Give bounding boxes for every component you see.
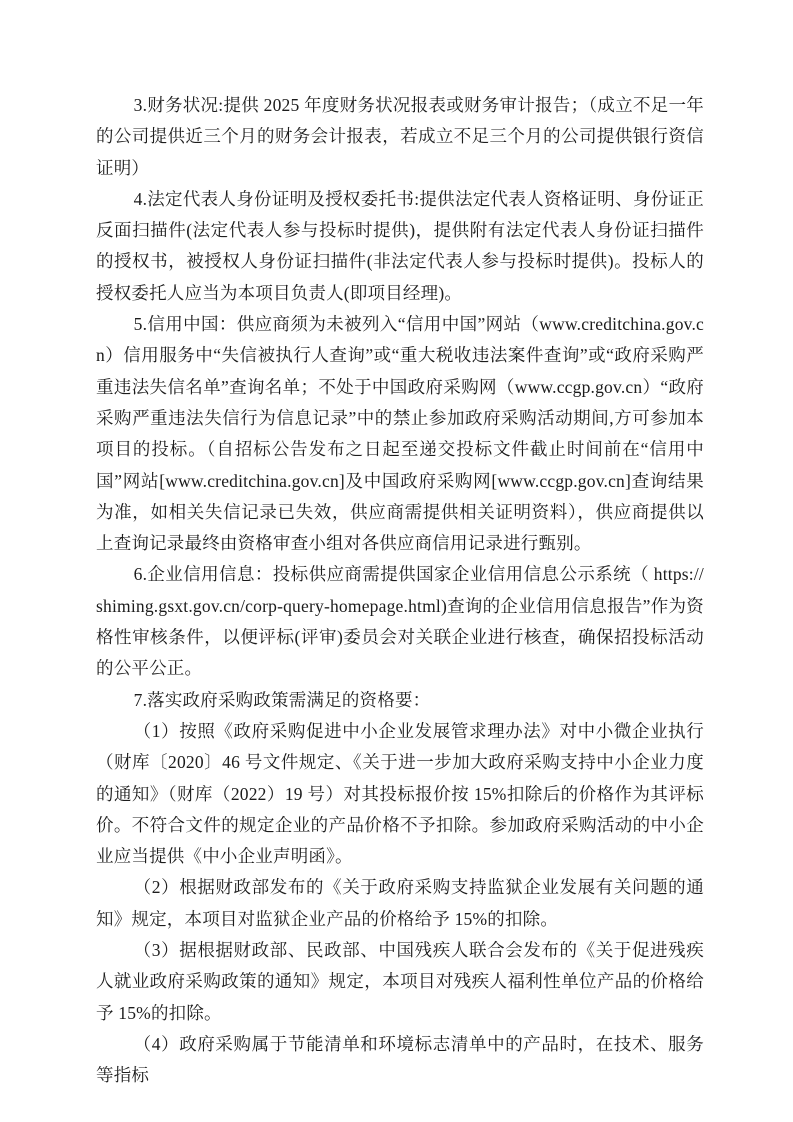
paragraph-sub2-prison-enterprise: （2）根据财政部发布的《关于政府采购支持监狱企业发展有关问题的通知》规定，本项目… (96, 872, 704, 935)
paragraph-sub4-energy-saving: （4）政府采购属于节能清单和环境标志清单中的产品时，在技术、服务等指标 (96, 1029, 704, 1092)
paragraph-credit-china: 5.信用中国：供应商须为未被列入“信用中国”网站（www.creditchina… (96, 309, 704, 559)
paragraph-sub1-sme-deduction: （1）按照《政府采购促进中小企业发展管求理办法》对中小微企业执行（财库〔2020… (96, 716, 704, 872)
paragraph-enterprise-credit-info: 6.企业信用信息：投标供应商需提供国家企业信用信息公示系统（ https://s… (96, 559, 704, 684)
paragraph-financial-status: 3.财务状况:提供 2025 年度财务状况报表或财务审计报告；（成立不足一年的公… (96, 90, 704, 184)
paragraph-sub3-disabled-welfare: （3）据根据财政部、民政部、中国残疾人联合会发布的《关于促进残疾人就业政府采购政… (96, 935, 704, 1029)
document-body: 3.财务状况:提供 2025 年度财务状况报表或财务审计报告；（成立不足一年的公… (96, 90, 704, 1092)
document-page: 3.财务状况:提供 2025 年度财务状况报表或财务审计报告；（成立不足一年的公… (0, 0, 793, 1122)
paragraph-legal-representative: 4.法定代表人身份证明及授权委托书:提供法定代表人资格证明、身份证正反面扫描件(… (96, 184, 704, 309)
paragraph-procurement-policy-heading: 7.落实政府采购政策需满足的资格要： (96, 685, 704, 716)
